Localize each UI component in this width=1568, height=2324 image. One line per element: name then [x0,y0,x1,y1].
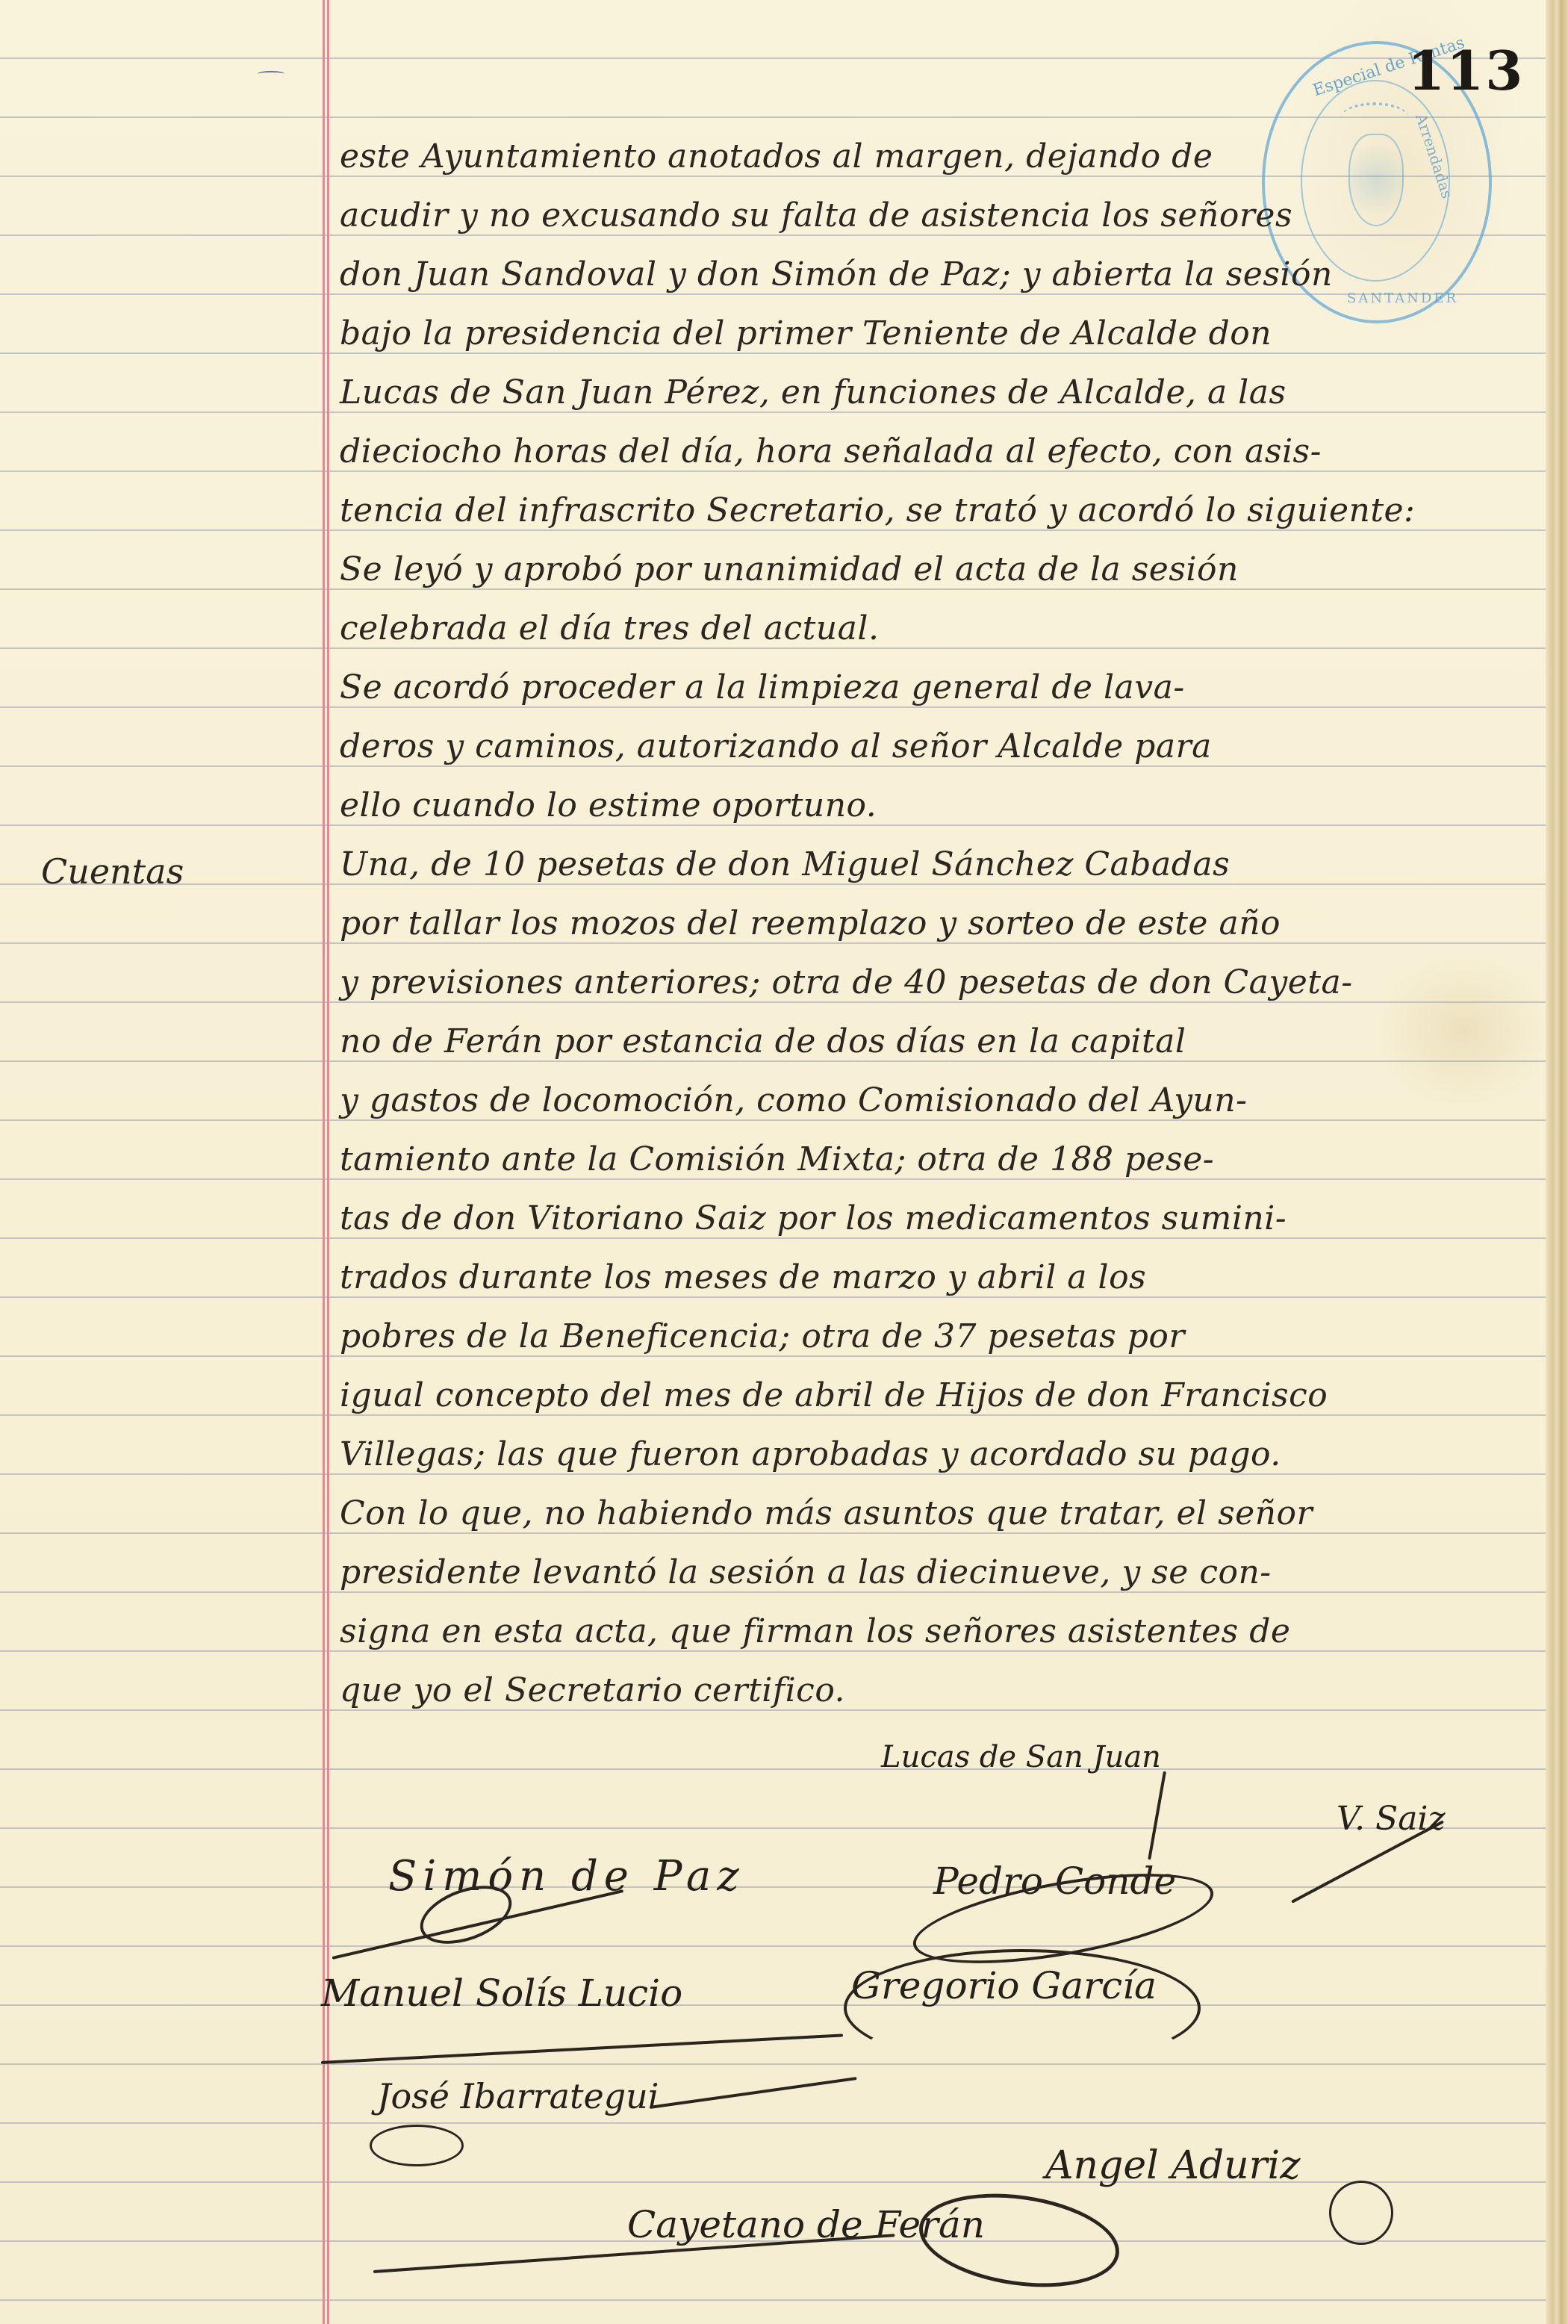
body-line: tencia del infrascrito Secretario, se tr… [340,491,1415,529]
crown-icon [1341,102,1408,132]
body-line: signa en esta acta, que firman los señor… [340,1612,1290,1650]
body-line: no de Ferán por estancia de dos días en … [340,1022,1186,1060]
signature-v-saiz: V. Saiz [1337,1800,1446,1838]
body-line: Una, de 10 pesetas de don Miguel Sánchez… [340,845,1230,883]
signature-lucas-de-san-juan: Lucas de San Juan [881,1740,1161,1774]
body-line: Se leyó y aprobó por unanimidad el acta … [340,550,1239,588]
page-number: 113 [1407,39,1524,102]
body-line: este Ayuntamiento anotados al margen, de… [340,137,1213,175]
signature-jose-ibarrategui: José Ibarrategui [377,2076,659,2116]
body-line: bajo la presidencia del primer Teniente … [340,314,1272,352]
margin-note-cuentas: Cuentas [41,851,184,892]
body-line: igual concepto del mes de abril de Hijos… [340,1376,1328,1414]
stamp-inner-ring [1301,80,1450,282]
body-line: Se acordó proceder a la limpieza general… [340,668,1185,706]
signature-manuel-solis-lucio: Manuel Solís Lucio [321,1972,682,2015]
body-line: Con lo que, no habiendo más asuntos que … [340,1494,1313,1532]
body-line: pobres de la Beneficencia; otra de 37 pe… [340,1317,1185,1355]
signature-loop [1329,2181,1393,2245]
signature-simon-de-paz: Simón de Paz [388,1852,745,1901]
stamp-text-bottom: SANTANDER [1347,290,1458,306]
body-line: y gastos de locomoción, como Comisionado… [340,1081,1247,1119]
body-line: deros y caminos, autorizando al señor Al… [340,727,1212,765]
signature-loop [370,2125,464,2166]
document-page: Especial de Rentas Arrendadas SANTANDER … [0,0,1568,2324]
body-line: trados durante los meses de marzo y abri… [340,1258,1146,1296]
page-stack-edge [1546,0,1568,2324]
body-line: Lucas de San Juan Pérez, en funciones de… [340,373,1287,411]
body-line: don Juan Sandoval y don Simón de Paz; y … [340,255,1333,293]
body-line: tamiento ante la Comisión Mixta; otra de… [340,1140,1214,1178]
body-line: celebrada el día tres del actual. [340,609,879,647]
coat-of-arms-icon [1348,134,1404,226]
body-line: dieciocho horas del día, hora señalada a… [340,432,1322,470]
ink-mark [258,71,284,77]
body-line: y previsiones anteriores; otra de 40 pes… [340,963,1353,1001]
signature-loop [844,1949,1201,2067]
signature-angel-aduriz: Angel Aduriz [1045,2143,1300,2188]
body-line: Villegas; las que fueron aprobadas y aco… [340,1435,1281,1473]
body-line: tas de don Vitoriano Saiz por los medica… [340,1199,1287,1237]
body-line: presidente levantó la sesión a las dieci… [340,1553,1272,1591]
body-line: acudir y no excusando su falta de asiste… [340,196,1292,234]
body-line: ello cuando lo estime oportuno. [340,786,877,824]
body-line: que yo el Secretario certifico. [340,1671,845,1709]
body-line: por tallar los mozos del reemplazo y sor… [340,904,1281,942]
